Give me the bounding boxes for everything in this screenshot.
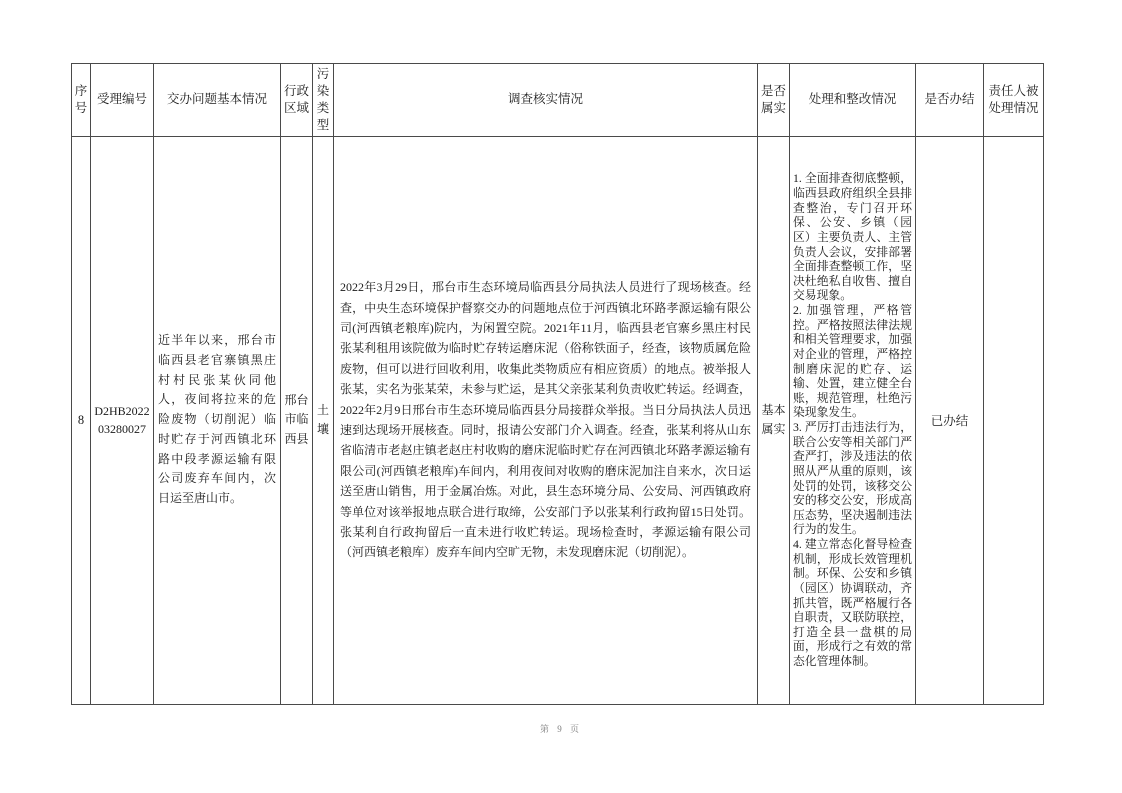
col-header-pollution-type: 污染类型 xyxy=(313,64,334,137)
cell-handling: 1. 全面排查彻底整顿，临西县政府组织全县排查整治，专门召开环保、公安、乡镇（园… xyxy=(790,136,916,704)
col-header-completed: 是否办结 xyxy=(916,64,984,137)
page-number: 第 9 页 xyxy=(0,722,1122,735)
col-header-problem: 交办问题基本情况 xyxy=(154,64,281,137)
cases-table: 序号 受理编号 交办问题基本情况 行政区域 污染类型 调查核实情况 是否属实 处… xyxy=(71,63,1044,705)
col-header-index: 序号 xyxy=(72,64,91,137)
col-header-case-no: 受理编号 xyxy=(91,64,154,137)
table-row: 8 D2HB202203280027 近半年以来，邢台市临西县老官寨镇黑庄村村民… xyxy=(72,136,1044,704)
document-page: 序号 受理编号 交办问题基本情况 行政区域 污染类型 调查核实情况 是否属实 处… xyxy=(0,0,1122,793)
cell-accountability xyxy=(984,136,1044,704)
cell-investigation: 2022年3月29日，邢台市生态环境局临西县分局执法人员进行了现场核查。经查，中… xyxy=(334,136,758,704)
table-header-row: 序号 受理编号 交办问题基本情况 行政区域 污染类型 调查核实情况 是否属实 处… xyxy=(72,64,1044,137)
col-header-accountability: 责任人被处理情况 xyxy=(984,64,1044,137)
cell-index: 8 xyxy=(72,136,91,704)
cell-region: 邢台市临西县 xyxy=(281,136,313,704)
cell-problem: 近半年以来，邢台市临西县老官寨镇黑庄村村民张某伙同他人，夜间将拉来的危险废物（切… xyxy=(154,136,281,704)
cell-pollution-type: 土壤 xyxy=(313,136,334,704)
cell-completed: 已办结 xyxy=(916,136,984,704)
cell-verified: 基本属实 xyxy=(758,136,790,704)
cell-case-no: D2HB202203280027 xyxy=(91,136,154,704)
col-header-region: 行政区域 xyxy=(281,64,313,137)
col-header-investigation: 调查核实情况 xyxy=(334,64,758,137)
col-header-handling: 处理和整改情况 xyxy=(790,64,916,137)
col-header-verified: 是否属实 xyxy=(758,64,790,137)
